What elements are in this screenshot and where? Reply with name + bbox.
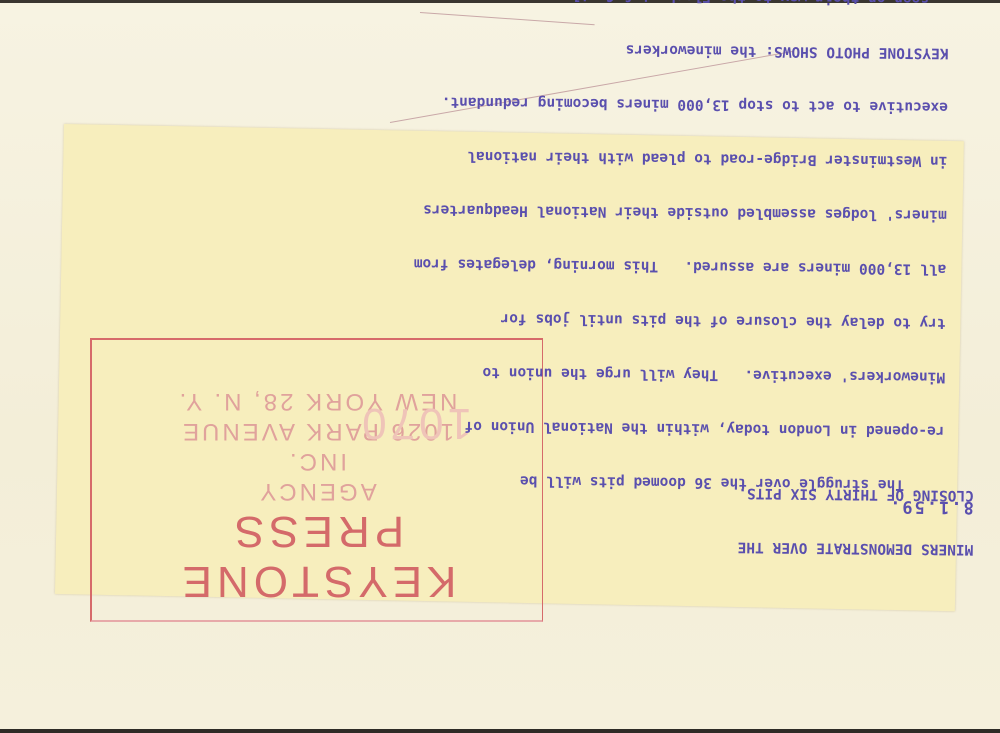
body-line: in Westminster Bridge-road to plead with…	[415, 146, 948, 170]
body-line: seen on their way to the Elephant & Cast…	[417, 0, 950, 8]
body-line: all 13,000 miners are assured. This morn…	[414, 254, 947, 278]
body-line: re-opened in London today, within the Na…	[412, 416, 945, 440]
body-line: executive to act to stop 13,000 miners b…	[415, 92, 948, 116]
body-line: Mineworkers' executive. They will urge t…	[413, 362, 946, 386]
scan-edge-bottom	[0, 729, 1000, 733]
headline-line: MINERS DEMONSTRATE OVER THE	[738, 538, 974, 558]
caption-body: The struggle over the 36 doomed pits wil…	[411, 0, 951, 530]
body-line: miners' lodges assembled outside their N…	[414, 200, 947, 224]
typed-caption: MINERS DEMONSTRATE OVER THE CLOSING OF T…	[183, 186, 977, 594]
body-line: The struggle over the 36 doomed pits wil…	[411, 470, 944, 494]
body-line: try to delay the closure of the pits unt…	[413, 308, 946, 332]
body-line: KEYSTONE PHOTO SHOWS: the mineworkers	[416, 38, 949, 62]
